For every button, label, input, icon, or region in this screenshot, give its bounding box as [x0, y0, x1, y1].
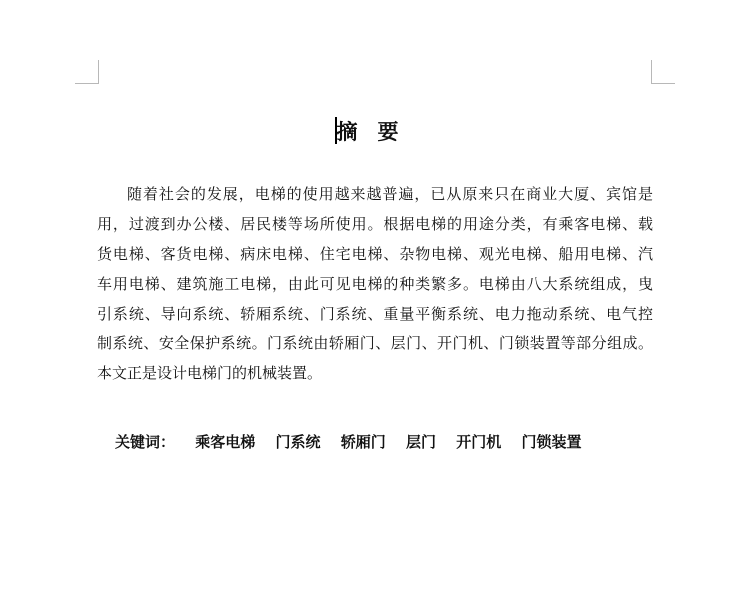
abstract-line: 引系统、导向系统、轿厢系统、门系统、重量平衡系统、电力拖动系统、电气控	[97, 300, 653, 330]
abstract-line: 货电梯、客货电梯、病床电梯、住宅电梯、杂物电梯、观光电梯、船用电梯、汽	[97, 240, 653, 270]
title-char-1[interactable]: 摘	[337, 120, 358, 144]
corner-mark-horizontal	[75, 83, 99, 84]
corner-mark-horizontal	[651, 83, 675, 84]
keyword: 门系统	[276, 433, 321, 451]
abstract-line: 制系统、安全保护系统。门系统由轿厢门、层门、开门机、门锁装置等部分组成。	[97, 329, 653, 359]
keyword: 门锁装置	[522, 433, 582, 451]
abstract-line: 本文正是设计电梯门的机械装置。	[97, 359, 653, 389]
keywords-label: 关键词：	[115, 433, 175, 451]
keyword: 开门机	[456, 433, 501, 451]
abstract-paragraph[interactable]: 随着社会的发展，电梯的使用越来越普遍，已从原来只在商业大厦、宾馆是 用，过渡到办…	[97, 180, 653, 389]
keyword: 层门	[406, 433, 436, 451]
keyword: 轿厢门	[341, 433, 386, 451]
keywords-line[interactable]: 关键词： 乘客电梯 门系统 轿厢门 层门 开门机 门锁装置	[115, 431, 597, 452]
corner-mark-vertical	[98, 60, 99, 84]
page-title: 摘要	[0, 116, 733, 146]
title-char-2[interactable]: 要	[378, 120, 399, 144]
keyword: 乘客电梯	[195, 433, 255, 451]
abstract-line: 随着社会的发展，电梯的使用越来越普遍，已从原来只在商业大厦、宾馆是	[97, 180, 653, 210]
abstract-line: 用，过渡到办公楼、居民楼等场所使用。根据电梯的用途分类，有乘客电梯、载	[97, 210, 653, 240]
abstract-line: 车用电梯、建筑施工电梯，由此可见电梯的种类繁多。电梯由八大系统组成，曳	[97, 270, 653, 300]
corner-mark-vertical	[651, 60, 652, 84]
